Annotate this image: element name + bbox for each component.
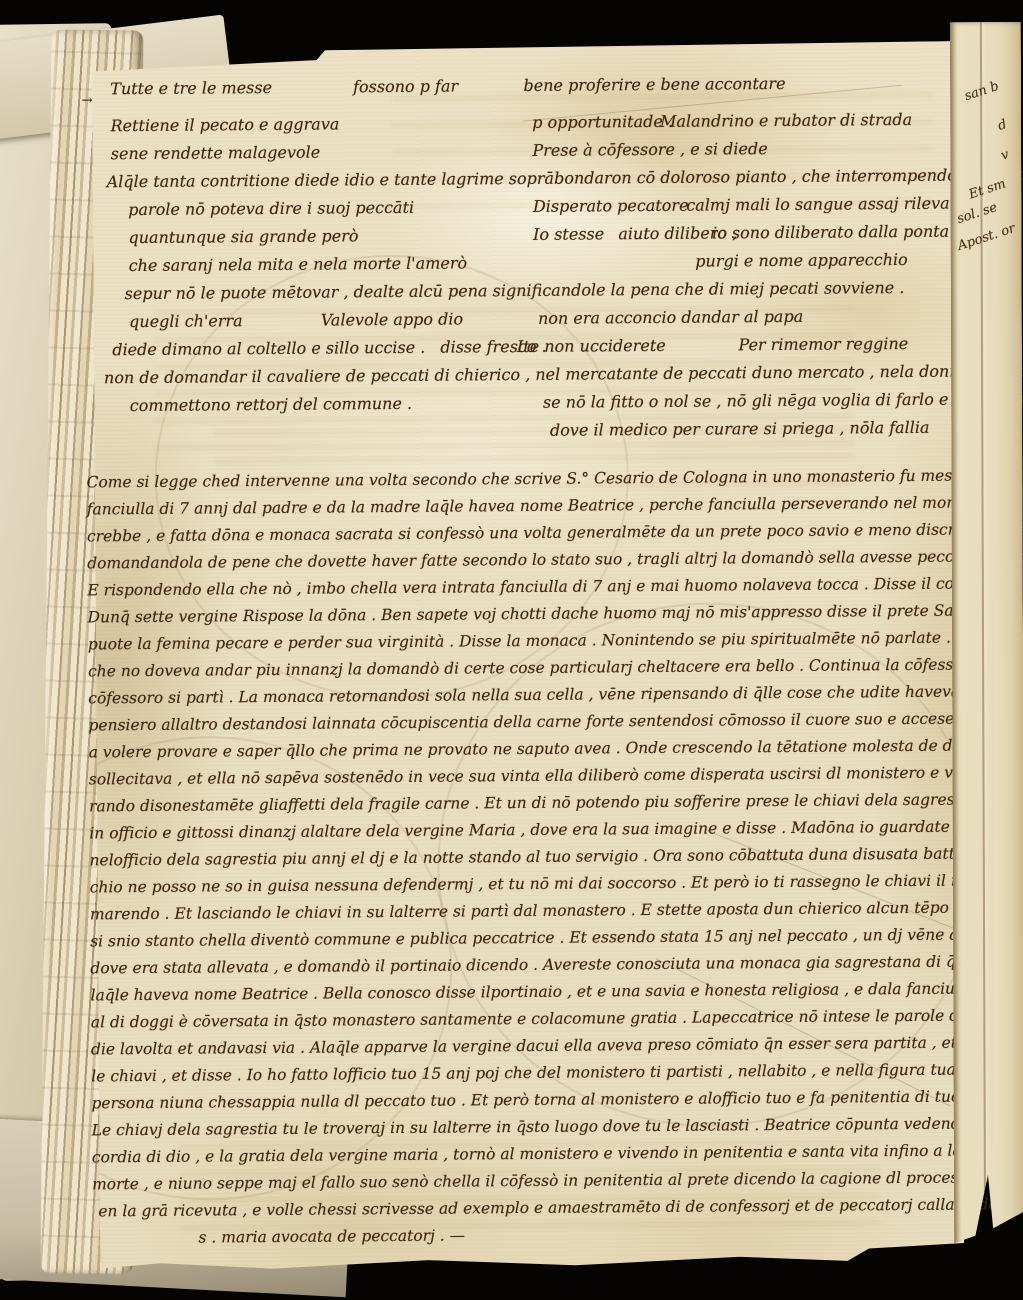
margin-note: v — [999, 147, 1011, 164]
manuscript-note-segment: Valevole appo dio — [321, 309, 463, 329]
manuscript-note-segment: Per rimemor reggine — [738, 334, 908, 354]
manuscript-note-segment: Prese à cōfessore , e si diede — [532, 139, 767, 160]
manuscript-note-segment: parole nō poteva dire i suoj peccāti — [128, 198, 414, 219]
margin-note: Apost. or — [956, 221, 1017, 254]
margin-note: Et sm — [967, 176, 1008, 202]
manuscript-note-segment: io sono diliberato dalla ponta — [712, 222, 949, 243]
margin-note: sol. se — [955, 200, 999, 227]
manuscript-note-segment: Malandrino e rubator di strada — [660, 110, 912, 131]
manuscript-note-segment: diede dimano al coltello e sillo uccise … — [112, 338, 425, 359]
exemplum-paragraph-block: Come si legge ched intervenne una volta … — [84, 467, 958, 1257]
manuscript-note-segment: p opportunitade . — [532, 112, 673, 132]
manuscript-note-segment: Rettiene il pecato e aggrava — [110, 114, 339, 135]
handwritten-text: → Tutte e tre le messefossono p farbene … — [81, 73, 958, 1257]
manuscript-note-segment: Ite non ucciderete — [517, 336, 666, 356]
margin-note: d — [996, 117, 1009, 134]
manuscript-note-segment: quantunque sia grande però — [128, 226, 358, 247]
manuscript-note-segment: fossono p far — [353, 76, 458, 96]
manuscript-note-segment: sene rendette malagevole — [111, 143, 321, 164]
next-page-edge: san bdvEt smsol. seApost. or — [950, 22, 1023, 1248]
manuscript-note-segment: se nō la fitto o nol se , nō gli nēga vo… — [543, 389, 1023, 412]
manuscript-note-segment: che saranj nela mita e nela morte l'amer… — [129, 253, 468, 275]
manuscript-note-segment: bene proferire e bene accontare — [523, 74, 785, 95]
manuscript-note-segment: quegli ch'erra — [129, 311, 243, 331]
manuscript-note-segment: Tutte e tre le messe — [110, 78, 272, 98]
manuscript-photograph: → Tutte e tre le messefossono p farbene … — [0, 0, 1023, 1300]
manuscript-note-segment: non era acconcio dandar al papa — [538, 307, 803, 328]
manuscript-note-row: Tutte e tre le messefossono p farbene pr… — [97, 73, 949, 108]
manuscript-note-segment: Io stesse — [533, 224, 604, 244]
manuscript-note-segment: Disperato pecatore — [533, 196, 689, 216]
insertion-mark: → — [82, 93, 93, 108]
manuscript-note-segment: commettono rettorj del commune . — [130, 394, 412, 415]
manuscript-note-segment: purgi e nome apparecchio — [695, 250, 908, 271]
glossary-notes-block: Tutte e tre le messefossono p farbene pr… — [81, 73, 952, 453]
manuscript-note-segment: dove il medico per curare si priega , nō… — [550, 418, 930, 440]
manuscript-note-row: dove il medico per curare si priega , nō… — [100, 418, 952, 453]
